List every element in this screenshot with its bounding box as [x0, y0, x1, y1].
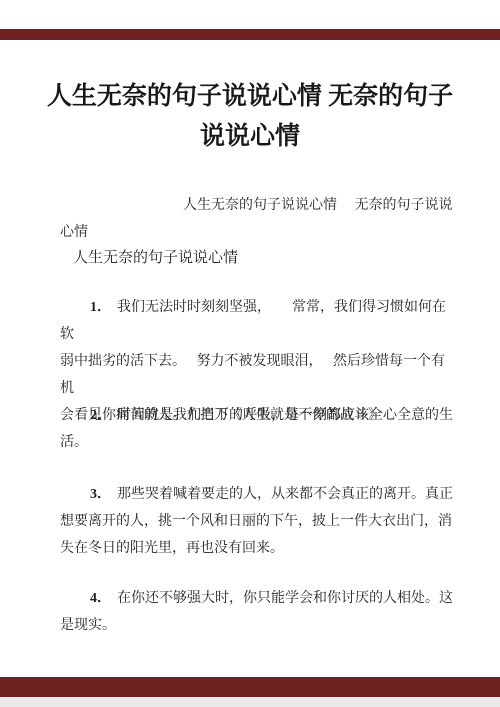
- document-page: 人生无奈的句子说说心情 无奈的句子 说说心情 人生无奈的句子说说心情 无奈的句子…: [0, 0, 500, 707]
- quote-paragraph: 2．时间就是我们当下的呼吸，每一刻都应该全心全意的生活。: [60, 402, 456, 456]
- document-title: 人生无奈的句子说说心情 无奈的句子 说说心情: [30, 77, 470, 157]
- quote-paragraph: 3．那些哭着喊着要走的人，从来都不会真正的离开。真正想要离开的人，挑一个风和日丽…: [60, 481, 456, 562]
- title-line-2: 说说心情: [200, 123, 300, 150]
- quote-paragraph: 4．在你还不够强大时，你只能学会和你讨厌的人相处。这是现实。: [60, 585, 456, 639]
- title-line-1: 人生无奈的句子说说心情 无奈的句子: [47, 83, 453, 110]
- quote-number: 2．: [90, 408, 117, 423]
- quote-number: 4．: [90, 591, 117, 606]
- intro-repeated-title: 人生无奈的句子说说心情 无奈的句子说说心情: [60, 192, 456, 246]
- bottom-divider-bar: [0, 677, 500, 697]
- intro-subheading: 人生无奈的句子说说心情: [60, 245, 456, 272]
- footer-strip: [0, 697, 500, 707]
- top-divider-bar: [0, 29, 500, 40]
- quote-number: 3．: [90, 487, 117, 502]
- quote-number: 1．: [90, 300, 117, 315]
